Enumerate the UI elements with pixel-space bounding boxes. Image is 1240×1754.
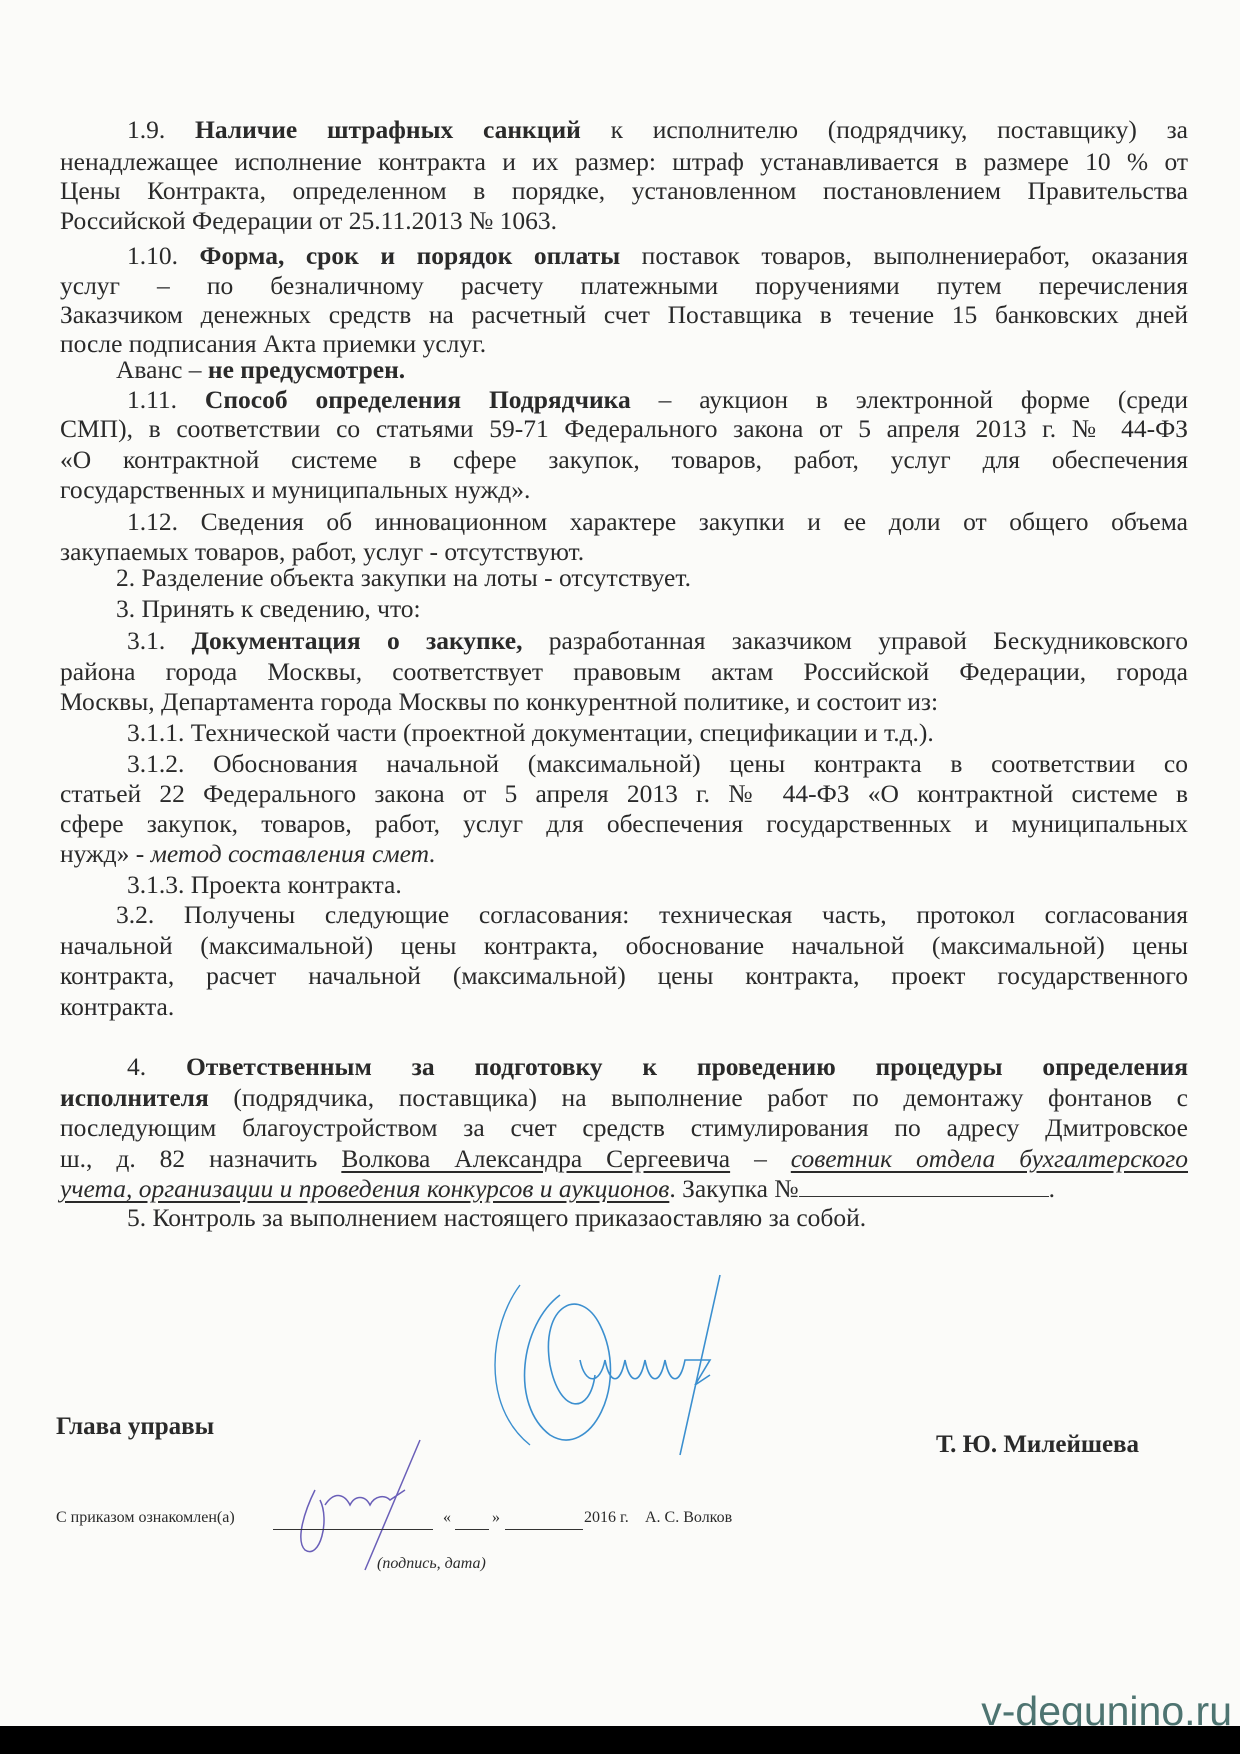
- document-line: 3.1.3. Проекта контракта.: [127, 870, 1188, 900]
- acknowledged-name: А. С. Волков: [645, 1509, 732, 1527]
- document-line: 3.2. Получены следующие согласования: те…: [116, 900, 1188, 930]
- text-run: к исполнителю (подрядчику, поставщику) з…: [581, 115, 1188, 144]
- document-line: 4. Ответственным за подготовку к проведе…: [127, 1052, 1188, 1082]
- text-run: ненадлежащее исполнение контракта и их р…: [60, 147, 1188, 176]
- text-run: .: [1049, 1174, 1055, 1203]
- text-run: последующим благоустройством за счет сре…: [60, 1113, 1188, 1142]
- document-page: 1.9. Наличие штрафных санкций к исполнит…: [0, 0, 1240, 1754]
- text-run: закупаемых товаров, работ, услуг - отсут…: [60, 537, 584, 566]
- text-run: Цены Контракта, определенном в порядке, …: [60, 176, 1188, 205]
- text-run: учета, организации и проведения конкурсо…: [60, 1174, 669, 1203]
- text-run: нужд» -: [60, 839, 151, 868]
- text-run: Ответственным за подготовку к проведению…: [186, 1052, 1188, 1081]
- document-line: «О контрактной системе в сфере закупок, …: [60, 445, 1188, 475]
- text-run: Российской Федерации от 25.11.2013 № 106…: [60, 206, 557, 235]
- text-run: Аванс –: [116, 355, 208, 384]
- document-line: Аванс – не предусмотрен.: [116, 355, 1188, 385]
- document-line: 3.1.1. Технической части (проектной доку…: [127, 718, 1188, 748]
- document-line: Заказчиком денежных средств на расчетный…: [60, 300, 1188, 330]
- text-run: 3.2. Получены следующие согласования: те…: [116, 900, 1188, 929]
- text-run: 5. Контроль за выполнением настоящего пр…: [127, 1203, 866, 1232]
- document-line: нужд» - метод составления смет.: [60, 839, 1188, 869]
- procurement-number-blank: [799, 1174, 1049, 1197]
- document-line: СМП), в соответствии со статьями 59-71 Ф…: [60, 414, 1188, 444]
- head-title: Глава управы: [56, 1413, 214, 1441]
- text-run: 2. Разделение объекта закупки на лоты - …: [116, 563, 691, 592]
- signature-blank: [273, 1509, 433, 1530]
- day-blank: [455, 1509, 489, 1530]
- signature-caption: (подпись, дата): [377, 1555, 486, 1573]
- quote-close: »: [492, 1509, 500, 1527]
- text-run: СМП), в соответствии со статьями 59-71 Ф…: [60, 414, 1188, 443]
- document-line: государственных и муниципальных нужд».: [60, 475, 1188, 505]
- text-run: метод составления смет.: [151, 839, 436, 868]
- document-line: Цены Контракта, определенном в порядке, …: [60, 176, 1188, 206]
- quote-open: «: [443, 1509, 451, 1527]
- text-run: контракта, расчет начальной (максимально…: [60, 961, 1188, 990]
- text-run: 1.11.: [127, 385, 205, 414]
- text-run: 1.9.: [127, 115, 195, 144]
- document-line: услуг – по безналичному расчету платежны…: [60, 271, 1188, 301]
- text-run: Способ определения Подрядчика: [205, 385, 631, 414]
- document-line: 1.9. Наличие штрафных санкций к исполнит…: [127, 115, 1188, 145]
- text-run: поставок товаров, выполнениеработ, оказа…: [620, 241, 1188, 270]
- text-run: 3.1.: [127, 626, 192, 655]
- text-run: 3.1.2. Обоснования начальной (максимальн…: [127, 749, 1188, 778]
- document-line: 2. Разделение объекта закупки на лоты - …: [116, 563, 1188, 593]
- text-run: разработанная заказчиком управой Бескудн…: [522, 626, 1188, 655]
- text-run: района города Москвы, соответствует прав…: [60, 657, 1188, 686]
- text-run: сфере закупок, товаров, работ, услуг для…: [60, 809, 1188, 838]
- text-run: 3.1.1. Технической части (проектной доку…: [127, 718, 934, 747]
- text-run: Наличие штрафных санкций: [195, 115, 581, 144]
- document-line: начальной (максимальной) цены контракта,…: [60, 931, 1188, 961]
- document-line: 1.11. Способ определения Подрядчика – ау…: [127, 385, 1188, 415]
- document-line: ш., д. 82 назначить Волкова Александра С…: [60, 1144, 1188, 1174]
- text-run: 1.10.: [127, 241, 200, 270]
- text-run: 1.12. Сведения об инновационном характер…: [127, 507, 1188, 536]
- document-line: Москвы, Департамента города Москвы по ко…: [60, 687, 1188, 717]
- text-run: Заказчиком денежных средств на расчетный…: [60, 300, 1188, 329]
- text-run: Москвы, Департамента города Москвы по ко…: [60, 687, 938, 716]
- text-run: Форма, срок и порядок оплаты: [200, 241, 621, 270]
- year-label: 2016 г.: [584, 1509, 629, 1527]
- text-run: после подписания Акта приемки услуг.: [60, 329, 486, 358]
- document-line: 3. Принять к сведению, что:: [116, 594, 1188, 624]
- document-line: 1.12. Сведения об инновационном характер…: [127, 507, 1188, 537]
- text-run: исполнителя: [60, 1083, 209, 1112]
- document-line: ненадлежащее исполнение контракта и их р…: [60, 147, 1188, 177]
- document-line: статьей 22 Федерального закона от 5 апре…: [60, 779, 1188, 809]
- text-run: услуг – по безналичному расчету платежны…: [60, 271, 1188, 300]
- document-line: контракта, расчет начальной (максимально…: [60, 961, 1188, 991]
- document-line: 1.10. Форма, срок и порядок оплаты поста…: [127, 241, 1188, 271]
- text-run: начальной (максимальной) цены контракта,…: [60, 931, 1188, 960]
- text-run: контракта.: [60, 992, 174, 1021]
- text-run: Документация о закупке,: [192, 626, 523, 655]
- text-run: –: [730, 1144, 791, 1173]
- text-run: . Закупка №: [669, 1174, 798, 1203]
- text-run: государственных и муниципальных нужд».: [60, 475, 530, 504]
- document-line: контракта.: [60, 992, 1188, 1022]
- document-line: 3.1. Документация о закупке, разработанн…: [127, 626, 1188, 656]
- text-run: (подрядчика, поставщика) на выполнение р…: [209, 1083, 1188, 1112]
- text-run: 4.: [127, 1052, 186, 1081]
- text-run: не предусмотрен.: [208, 355, 405, 384]
- document-line: сфере закупок, товаров, работ, услуг для…: [60, 809, 1188, 839]
- text-run: 3. Принять к сведению, что:: [116, 594, 421, 623]
- acknowledged-label: С приказом ознакомлен(а): [56, 1509, 235, 1527]
- month-blank: [505, 1509, 583, 1530]
- document-line: исполнителя (подрядчика, поставщика) на …: [60, 1083, 1188, 1113]
- document-line: последующим благоустройством за счет сре…: [60, 1113, 1188, 1143]
- head-signature-icon: [480, 1265, 800, 1465]
- text-run: советник отдела бухгалтерского: [791, 1144, 1188, 1173]
- head-name: Т. Ю. Милейшева: [936, 1431, 1139, 1459]
- text-run: 3.1.3. Проекта контракта.: [127, 870, 402, 899]
- document-line: района города Москвы, соответствует прав…: [60, 657, 1188, 687]
- document-line: учета, организации и проведения конкурсо…: [60, 1174, 1170, 1204]
- acknowledged-signature-icon: [275, 1430, 455, 1570]
- text-run: статьей 22 Федерального закона от 5 апре…: [60, 779, 1188, 808]
- text-run: «О контрактной системе в сфере закупок, …: [60, 445, 1188, 474]
- text-run: – аукцион в электронной форме (среди: [631, 385, 1188, 414]
- document-line: 5. Контроль за выполнением настоящего пр…: [127, 1203, 1188, 1233]
- text-run: ш., д. 82 назначить: [60, 1144, 341, 1173]
- bottom-bar: [0, 1726, 1240, 1754]
- text-run: Волкова Александра Сергеевича: [341, 1144, 730, 1173]
- document-line: 3.1.2. Обоснования начальной (максимальн…: [127, 749, 1188, 779]
- document-line: Российской Федерации от 25.11.2013 № 106…: [60, 206, 1188, 236]
